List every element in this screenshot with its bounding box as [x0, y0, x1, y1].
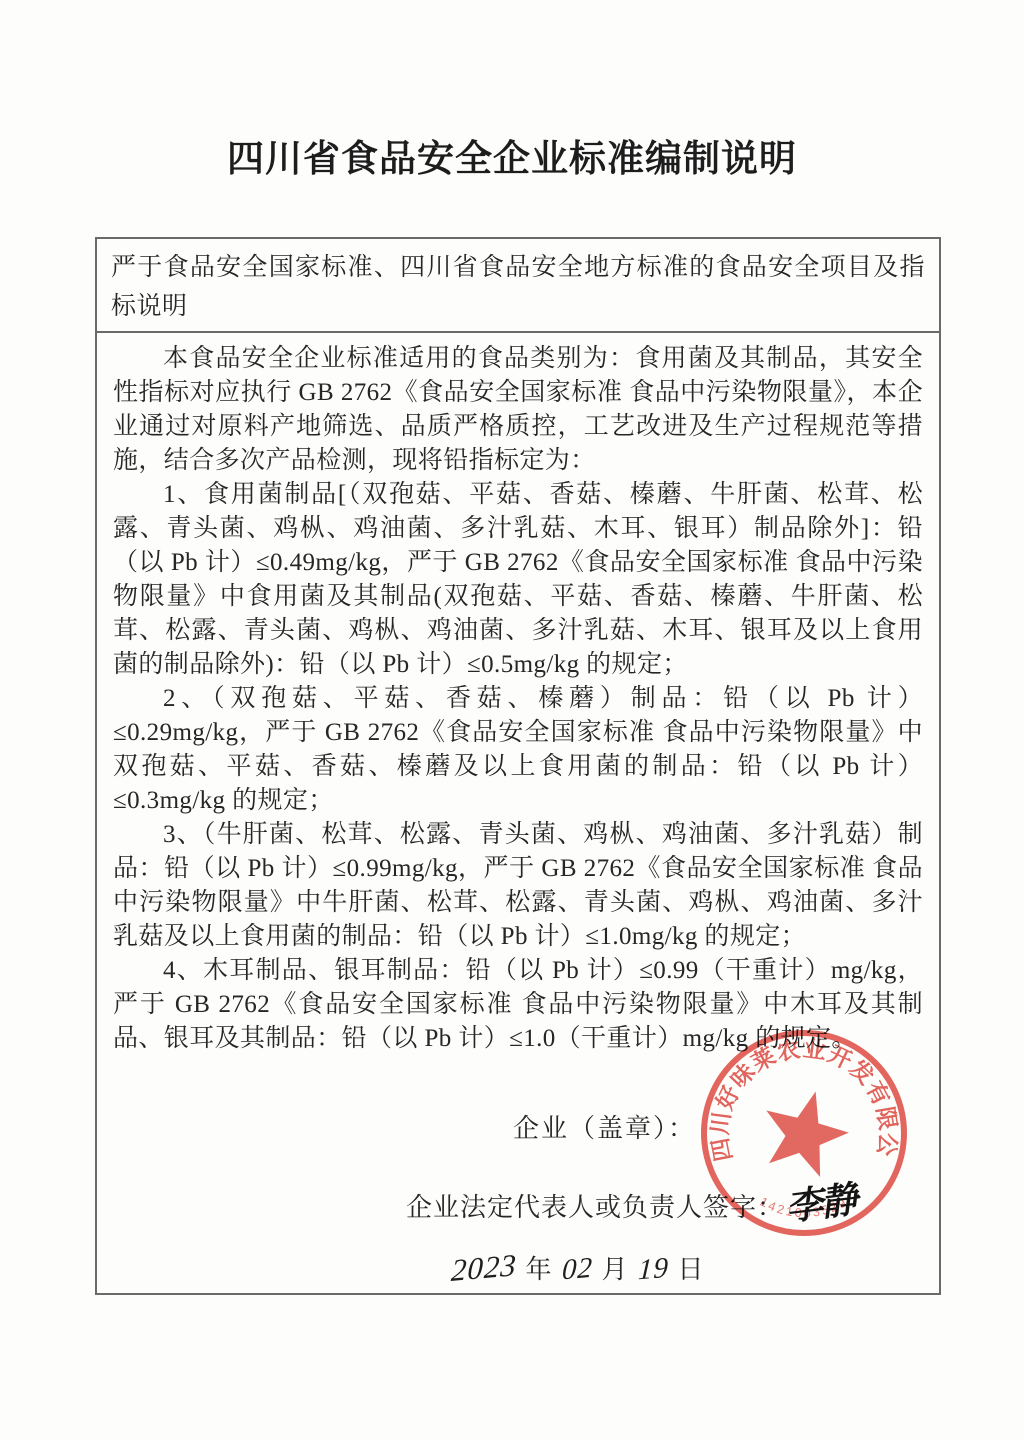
page-title: 四川省食品安全企业标准编制说明	[0, 128, 1024, 182]
paragraph-item-2: 2、（双孢菇、平菇、香菇、榛蘑）制品：铅（以 Pb 计）≤0.29mg/kg，严…	[113, 682, 923, 818]
standard-explanation-table: 严于食品安全国家标准、四川省食品安全地方标准的食品安全项目及指标说明 本食品安全…	[95, 237, 941, 1295]
date-row: 2023 年 02 月 19 日	[113, 1251, 923, 1287]
day-label: 日	[678, 1255, 706, 1284]
table-header-cell: 严于食品安全国家标准、四川省食品安全地方标准的食品安全项目及指标说明	[97, 239, 939, 333]
signature-label: 企业法定代表人或负责人签字：	[406, 1193, 784, 1222]
company-stamp-row: 企业（盖章）：	[113, 1112, 923, 1146]
paragraph-item-4: 4、木耳制品、银耳制品：铅（以 Pb 计）≤0.99（干重计）mg/kg，严于 …	[113, 954, 923, 1056]
handwritten-year: 2023	[450, 1248, 518, 1288]
signature-row: 企业法定代表人或负责人签字：李静	[113, 1188, 923, 1225]
stamp-label: 企业（盖章）：	[513, 1114, 696, 1143]
month-label: 月	[602, 1255, 630, 1284]
table-body-cell: 本食品安全企业标准适用的食品类别为：食用菌及其制品，其安全性指标对应执行 GB …	[97, 333, 939, 1287]
scanned-document-page: 四川省食品安全企业标准编制说明 严于食品安全国家标准、四川省食品安全地方标准的食…	[0, 0, 1024, 1440]
paragraph-intro: 本食品安全企业标准适用的食品类别为：食用菌及其制品，其安全性指标对应执行 GB …	[113, 342, 923, 478]
year-label: 年	[526, 1255, 554, 1284]
paragraph-item-3: 3、（牛肝菌、松茸、松露、青头菌、鸡枞、鸡油菌、多汁乳菇）制品：铅（以 Pb 计…	[113, 818, 923, 954]
handwritten-signature: 李静	[784, 1184, 858, 1226]
paragraph-item-1: 1、食用菌制品[（双孢菇、平菇、香菇、榛蘑、牛肝菌、松茸、松露、青头菌、鸡枞、鸡…	[113, 478, 923, 682]
handwritten-month: 02	[561, 1251, 594, 1288]
handwritten-day: 19	[637, 1251, 670, 1288]
